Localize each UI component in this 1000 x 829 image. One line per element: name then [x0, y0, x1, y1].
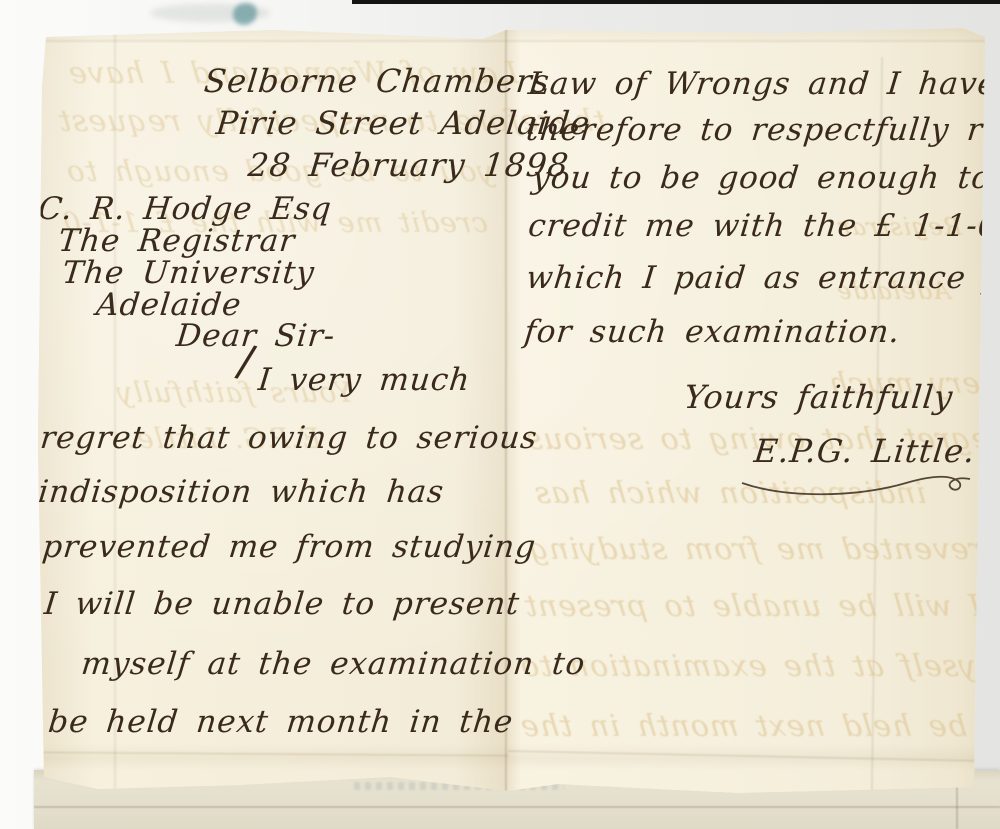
body-line-left-1: I very much: [257, 365, 472, 396]
recipient-line-3: The University: [61, 258, 317, 289]
signature: E.P.G. Little.: [753, 435, 977, 467]
ghost-line: be held next month in the: [518, 712, 968, 742]
body-line-right-4: credit me with the £ 1-1-0: [527, 211, 1000, 242]
ghost-line: myself at the examination to: [518, 652, 1000, 682]
fold-crease-top: [38, 40, 985, 42]
scanner-edge-strip: [352, 0, 1000, 4]
sender-address-line-1: Selborne Chambers: [203, 65, 552, 97]
body-line-right-1: Law of Wrongs and I have: [527, 69, 999, 100]
body-line-left-3: indisposition which has: [37, 477, 446, 508]
ghost-line: I will be unable to present: [522, 592, 982, 622]
fold-crease-bottom-left: [38, 751, 508, 756]
fold-crease-bottom-right: [508, 750, 985, 762]
body-line-right-3: you to be good enough to: [531, 163, 993, 194]
date-line: 28 February 1898: [247, 149, 571, 181]
recipient-line-2: The Registrar: [57, 226, 297, 257]
body-line-right-5: which I paid as entrance fee: [525, 263, 1000, 294]
body-line-left-2: regret that owing to serious: [39, 423, 539, 454]
recipient-line-4: Adelaide: [95, 290, 243, 321]
recipient-line-1: C. R. Hodge Esq: [37, 194, 334, 225]
body-line-right-6: for such examination.: [523, 317, 902, 348]
ghost-line: prevented me from studying: [526, 535, 1000, 565]
body-line-left-4: prevented me from studying: [41, 532, 538, 563]
closing-line: Yours faithfully: [683, 381, 955, 413]
scanned-letter-page: Law of Wrongs and I have therefore to re…: [0, 0, 1000, 829]
body-line-left-7: be held next month in the: [47, 707, 515, 738]
under-sheet-crease: [34, 806, 1000, 808]
body-line-left-5: I will be unable to present: [43, 589, 522, 620]
letter-paper-sheet: Law of Wrongs and I have therefore to re…: [38, 27, 985, 793]
blue-ink-stain: [233, 3, 257, 25]
signature-flourish: [738, 467, 988, 503]
body-line-right-2: therefore to respectfully request: [525, 115, 1000, 146]
body-line-left-6: myself at the examination to: [80, 649, 587, 680]
